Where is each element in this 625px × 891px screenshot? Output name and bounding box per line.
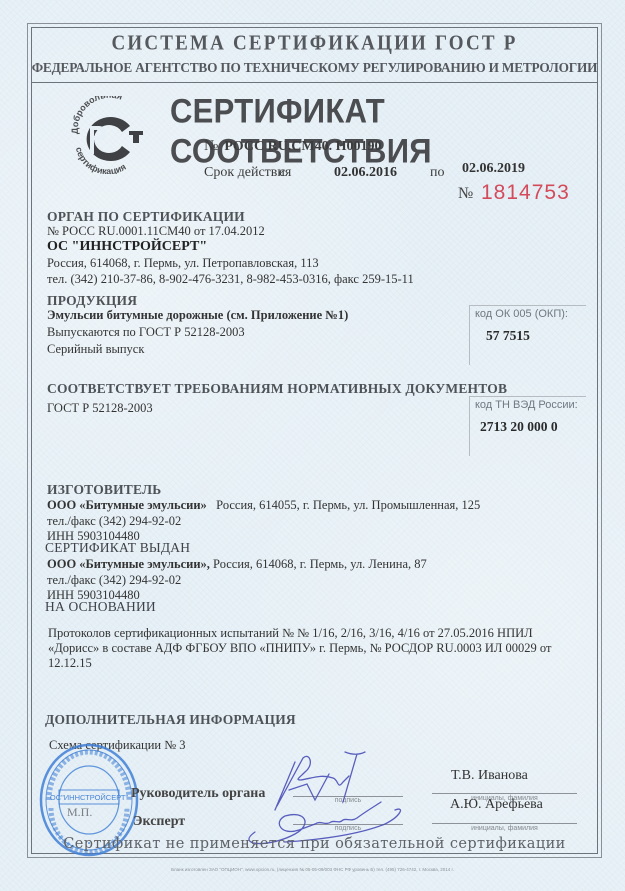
voluntary-certification-note: Сертификат не применяется при обязательн… xyxy=(31,836,598,852)
manufacturer-name: ООО «Битумные эмульсии» xyxy=(47,498,207,512)
product-release-type: Серийный выпуск xyxy=(47,342,144,357)
compliance-documents: ГОСТ Р 52128-2003 xyxy=(47,401,153,416)
product-name: Эмульсии битумные дорожные (см. Приложен… xyxy=(47,308,348,323)
certificate-number-value: РОСС RU.СМ40. Н00190 xyxy=(224,139,381,154)
certificate-number: №РОСС RU.СМ40. Н00190 xyxy=(204,138,382,155)
certification-body-heading: ОРГАН ПО СЕРТИФИКАЦИИ xyxy=(47,209,245,225)
manufacturer-phone: тел./факс (342) 294-92-02 xyxy=(47,514,181,529)
basis-line-2: «Дорисс» в составе АДФ ФГБОУ ВПО «ПНИПУ»… xyxy=(48,641,551,656)
certification-body-registration: № РОСС RU.0001.11СМ40 от 17.04.2012 xyxy=(47,224,265,239)
valid-to-date: 02.06.2019 xyxy=(462,161,525,177)
certificate-title: СЕРТИФИКАТ СООТВЕТСТВИЯ xyxy=(170,91,625,172)
head-name-line xyxy=(432,793,577,794)
tnved-code-value: 2713 20 000 0 xyxy=(480,419,586,435)
header-divider xyxy=(31,82,598,83)
handwritten-signatures-icon xyxy=(225,750,425,850)
expert-name-caption: инициалы, фамилия xyxy=(432,825,577,832)
okp-code-box: код ОК 005 (ОКП): 57 7515 xyxy=(469,305,586,365)
basis-line-3: 12.12.15 xyxy=(48,656,92,671)
agency-title: ФЕДЕРАЛЬНОЕ АГЕНТСТВО ПО ТЕХНИЧЕСКОМУ РЕ… xyxy=(31,60,598,76)
manufacturer-address: Россия, 614055, г. Пермь, ул. Промышленн… xyxy=(216,498,480,512)
validity-from-label: с xyxy=(279,165,285,181)
okp-code-label: код ОК 005 (ОКП): xyxy=(475,308,586,320)
valid-from-date: 02.06.2016 xyxy=(334,165,397,181)
validity-to-label: по xyxy=(430,165,445,181)
issued-to-line: ООО «Битумные эмульсии», Россия, 614068,… xyxy=(47,557,427,572)
blank-serial-number: 1814753 xyxy=(481,181,570,205)
issued-to-phone: тел./факс (342) 294-92-02 xyxy=(47,573,181,588)
stamp-center-text: ОС"ИННСТРОЙСЕРТ" xyxy=(50,793,129,802)
number-symbol: № xyxy=(204,138,218,154)
additional-info-heading: ДОПОЛНИТЕЛЬНАЯ ИНФОРМАЦИЯ xyxy=(45,712,296,728)
manufacturer-heading: ИЗГОТОВИТЕЛЬ xyxy=(47,482,161,498)
tnved-code-label: код ТН ВЭД России: xyxy=(475,399,586,411)
okp-code-value: 57 7515 xyxy=(486,328,586,344)
compliance-heading: СООТВЕТСТВУЕТ ТРЕБОВАНИЯМ НОРМАТИВНЫХ ДО… xyxy=(47,381,507,397)
certification-body-name: ОС "ИННСТРОЙСЕРТ" xyxy=(47,239,207,255)
blank-printer-line: Бланк изготовлен ЗАО "ОПЦИОН", www.opcio… xyxy=(0,867,625,872)
basis-line-1: Протоколов сертификационных испытаний № … xyxy=(48,626,533,641)
certification-body-address: Россия, 614068, г. Пермь, ул. Петропавло… xyxy=(47,256,319,271)
expert-name: А.Ю. Арефьева xyxy=(450,797,543,813)
certification-body-phones: тел. (342) 210-37-86, 8-902-476-3231, 8-… xyxy=(47,272,414,287)
seal-mp-label: М.П. xyxy=(67,805,92,819)
expert-name-line xyxy=(432,823,577,824)
issued-to-heading: СЕРТИФИКАТ ВЫДАН xyxy=(45,540,190,556)
rst-logo-icon: Добровольная сертификация xyxy=(66,96,150,174)
issued-to-address: Россия, 614068, г. Пермь, ул. Ленина, 87 xyxy=(213,557,427,571)
expert-label: Эксперт xyxy=(133,814,185,830)
product-heading: ПРОДУКЦИЯ xyxy=(47,293,137,309)
tnved-code-box: код ТН ВЭД России: 2713 20 000 0 xyxy=(469,396,586,456)
issued-to-name: ООО «Битумные эмульсии», xyxy=(47,557,210,571)
system-title: СИСТЕМА СЕРТИФИКАЦИИ ГОСТ Р xyxy=(31,32,598,56)
head-of-body-name: Т.В. Иванова xyxy=(451,768,528,784)
serial-number-symbol: № xyxy=(458,185,473,203)
basis-heading: НА ОСНОВАНИИ xyxy=(45,599,156,615)
manufacturer-line: ООО «Битумные эмульсии» Россия, 614055, … xyxy=(47,498,480,513)
product-standard: Выпускаются по ГОСТ Р 52128-2003 xyxy=(47,325,245,340)
